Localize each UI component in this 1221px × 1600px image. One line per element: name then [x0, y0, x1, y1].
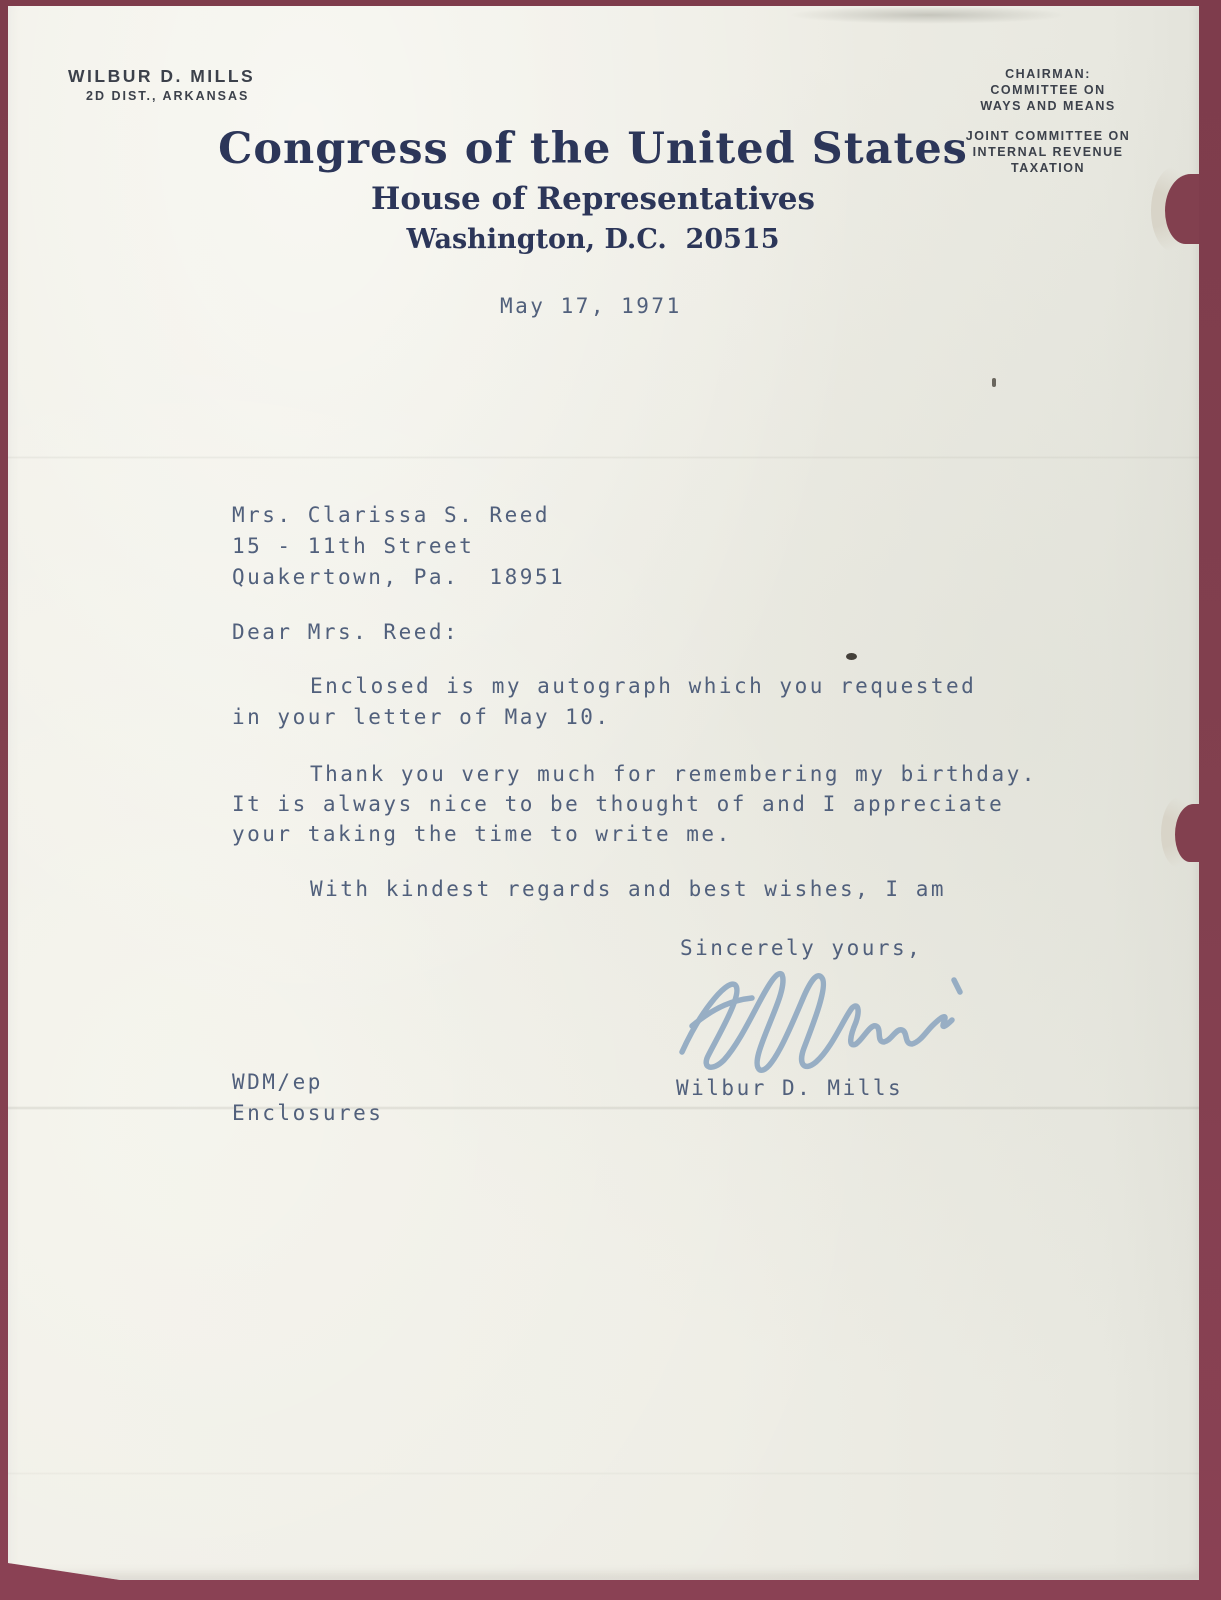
fold-crease	[8, 456, 1199, 459]
letterhead-subtitle: House of Representatives	[8, 181, 1178, 217]
signer-name: Wilbur D. Mills	[676, 1076, 903, 1100]
chairman-label: CHAIRMAN:	[858, 66, 1221, 82]
closing-line: Sincerely yours,	[680, 936, 922, 960]
member-name: WILBUR D. MILLS	[68, 66, 255, 87]
body-line: It is always nice to be thought of and I…	[232, 792, 1004, 816]
body-line: your taking the time to write me.	[232, 822, 732, 846]
salutation: Dear Mrs. Reed:	[232, 620, 459, 644]
body-line: With kindest regards and best wishes, I …	[310, 877, 946, 901]
recipient-city: Quakertown, Pa. 18951	[232, 565, 565, 589]
chairman-line1: COMMITTEE ON	[858, 82, 1221, 98]
ink-speck	[846, 653, 857, 660]
body-line: Enclosed is my autograph which you reque…	[310, 674, 976, 698]
fold-crease	[8, 1106, 1199, 1110]
enclosure-note: Enclosures	[232, 1101, 383, 1125]
date-line: May 17, 1971	[500, 294, 682, 318]
ink-speck	[992, 378, 996, 387]
member-district: 2D DIST., ARKANSAS	[86, 89, 249, 103]
letterhead-city-line: Washington, D.C. 20515	[8, 224, 1178, 255]
reference-initials: WDM/ep	[232, 1070, 323, 1094]
letter-paper: WILBUR D. MILLS 2D DIST., ARKANSAS CHAIR…	[8, 6, 1199, 1580]
body-line: Thank you very much for remembering my b…	[310, 762, 1037, 786]
scan-smudge	[788, 6, 1068, 24]
body-line: in your letter of May 10.	[232, 705, 611, 729]
signature-ink	[668, 964, 978, 1079]
fold-crease	[8, 1472, 1199, 1475]
scanned-letter-page: { "page": { "background_color": "#82404f…	[0, 0, 1221, 1600]
recipient-name: Mrs. Clarissa S. Reed	[232, 503, 550, 527]
chairman-line2: WAYS AND MEANS	[858, 98, 1221, 114]
letterhead-title: Congress of the United States	[8, 124, 1178, 174]
recipient-street: 15 - 11th Street	[232, 534, 474, 558]
